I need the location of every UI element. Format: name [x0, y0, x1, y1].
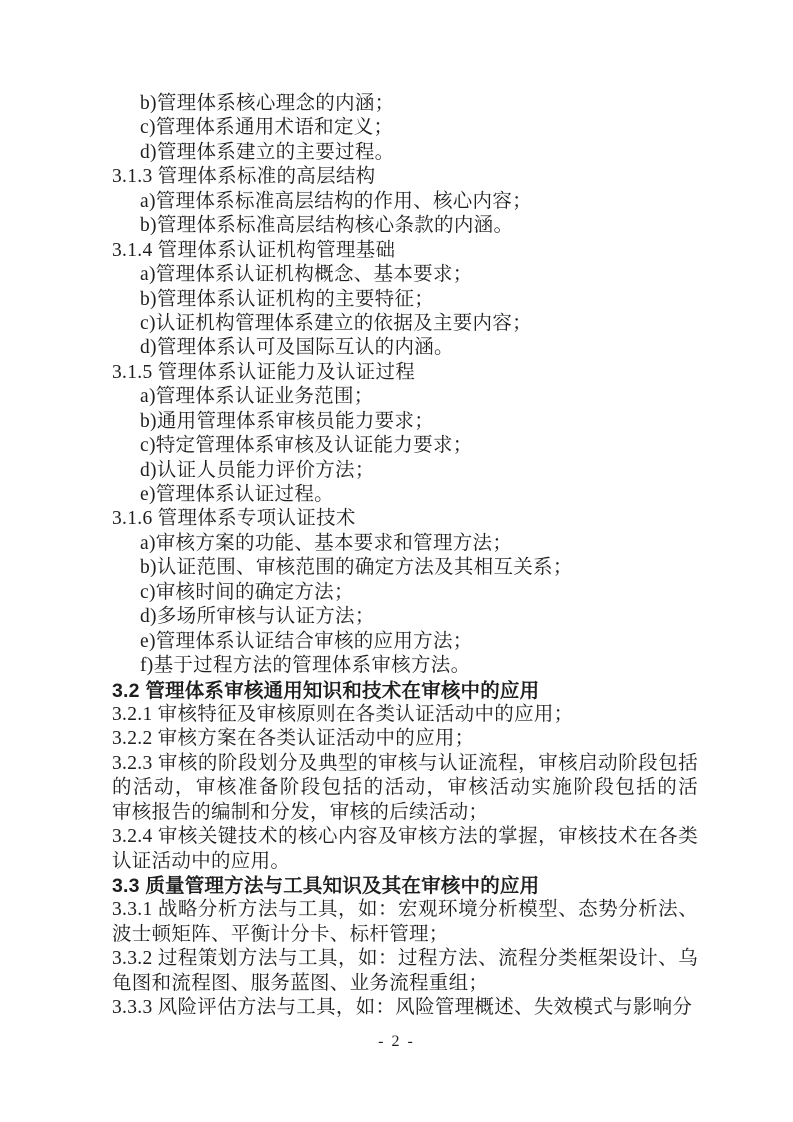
text-line: 3.3.1 战略分析方法与工具，如：宏观环境分析模型、态势分析法、: [112, 898, 698, 922]
text-line: 3.3.3 风险评估方法与工具，如：风险管理概述、失效模式与影响分: [112, 996, 698, 1020]
document-body: b)管理体系核心理念的内涵；c)管理体系通用术语和定义；d)管理体系建立的主要过…: [112, 92, 698, 1021]
text-line: a)管理体系标准高层结构的作用、核心内容；: [112, 190, 698, 214]
document-page: b)管理体系核心理念的内涵；c)管理体系通用术语和定义；d)管理体系建立的主要过…: [0, 0, 793, 1122]
text-line: c)特定管理体系审核及认证能力要求；: [112, 434, 698, 458]
text-line: d)管理体系建立的主要过程。: [112, 141, 698, 165]
text-line: 3.1.5 管理体系认证能力及认证过程: [112, 361, 698, 385]
text-line: 波士顿矩阵、平衡计分卡、标杆管理；: [112, 923, 698, 947]
text-line: b)认证范围、审核范围的确定方法及其相互关系；: [112, 556, 698, 580]
text-line: a)管理体系认证业务范围；: [112, 385, 698, 409]
text-line: 的活动，审核准备阶段包括的活动，审核活动实施阶段包括的活动，: [112, 776, 698, 800]
text-line: 认证活动中的应用。: [112, 850, 698, 874]
text-line: c)认证机构管理体系建立的依据及主要内容；: [112, 312, 698, 336]
text-line: d)认证人员能力评价方法；: [112, 459, 698, 483]
text-line: 3.2.3 审核的阶段划分及典型的审核与认证流程，审核启动阶段包括: [112, 752, 698, 776]
text-line: f)基于过程方法的管理体系审核方法。: [112, 654, 698, 678]
text-line: b)管理体系标准高层结构核心条款的内涵。: [112, 214, 698, 238]
text-line: b)管理体系核心理念的内涵；: [112, 92, 698, 116]
text-line: 3.3 质量管理方法与工具知识及其在审核中的应用: [112, 874, 698, 898]
text-line: 审核报告的编制和分发，审核的后续活动；: [112, 801, 698, 825]
text-line: c)审核时间的确定方法；: [112, 581, 698, 605]
text-line: 3.1.3 管理体系标准的高层结构: [112, 165, 698, 189]
text-line: b)管理体系认证机构的主要特征；: [112, 288, 698, 312]
text-line: 龟图和流程图、服务蓝图、业务流程重组；: [112, 972, 698, 996]
text-line: d)管理体系认可及国际互认的内涵。: [112, 336, 698, 360]
text-line: e)管理体系认证过程。: [112, 483, 698, 507]
page-number: - 2 -: [0, 1032, 793, 1052]
text-line: e)管理体系认证结合审核的应用方法；: [112, 630, 698, 654]
text-line: b)通用管理体系审核员能力要求；: [112, 410, 698, 434]
text-line: a)审核方案的功能、基本要求和管理方法；: [112, 532, 698, 556]
text-line: a)管理体系认证机构概念、基本要求；: [112, 263, 698, 287]
text-line: 3.2.1 审核特征及审核原则在各类认证活动中的应用；: [112, 703, 698, 727]
text-line: 3.1.6 管理体系专项认证技术: [112, 507, 698, 531]
text-line: 3.2 管理体系审核通用知识和技术在审核中的应用: [112, 679, 698, 703]
text-line: 3.3.2 过程策划方法与工具，如：过程方法、流程分类框架设计、乌: [112, 947, 698, 971]
text-line: 3.2.2 审核方案在各类认证活动中的应用；: [112, 727, 698, 751]
text-line: 3.1.4 管理体系认证机构管理基础: [112, 239, 698, 263]
text-line: d)多场所审核与认证方法；: [112, 605, 698, 629]
text-line: c)管理体系通用术语和定义；: [112, 116, 698, 140]
text-line: 3.2.4 审核关键技术的核心内容及审核方法的掌握，审核技术在各类: [112, 825, 698, 849]
